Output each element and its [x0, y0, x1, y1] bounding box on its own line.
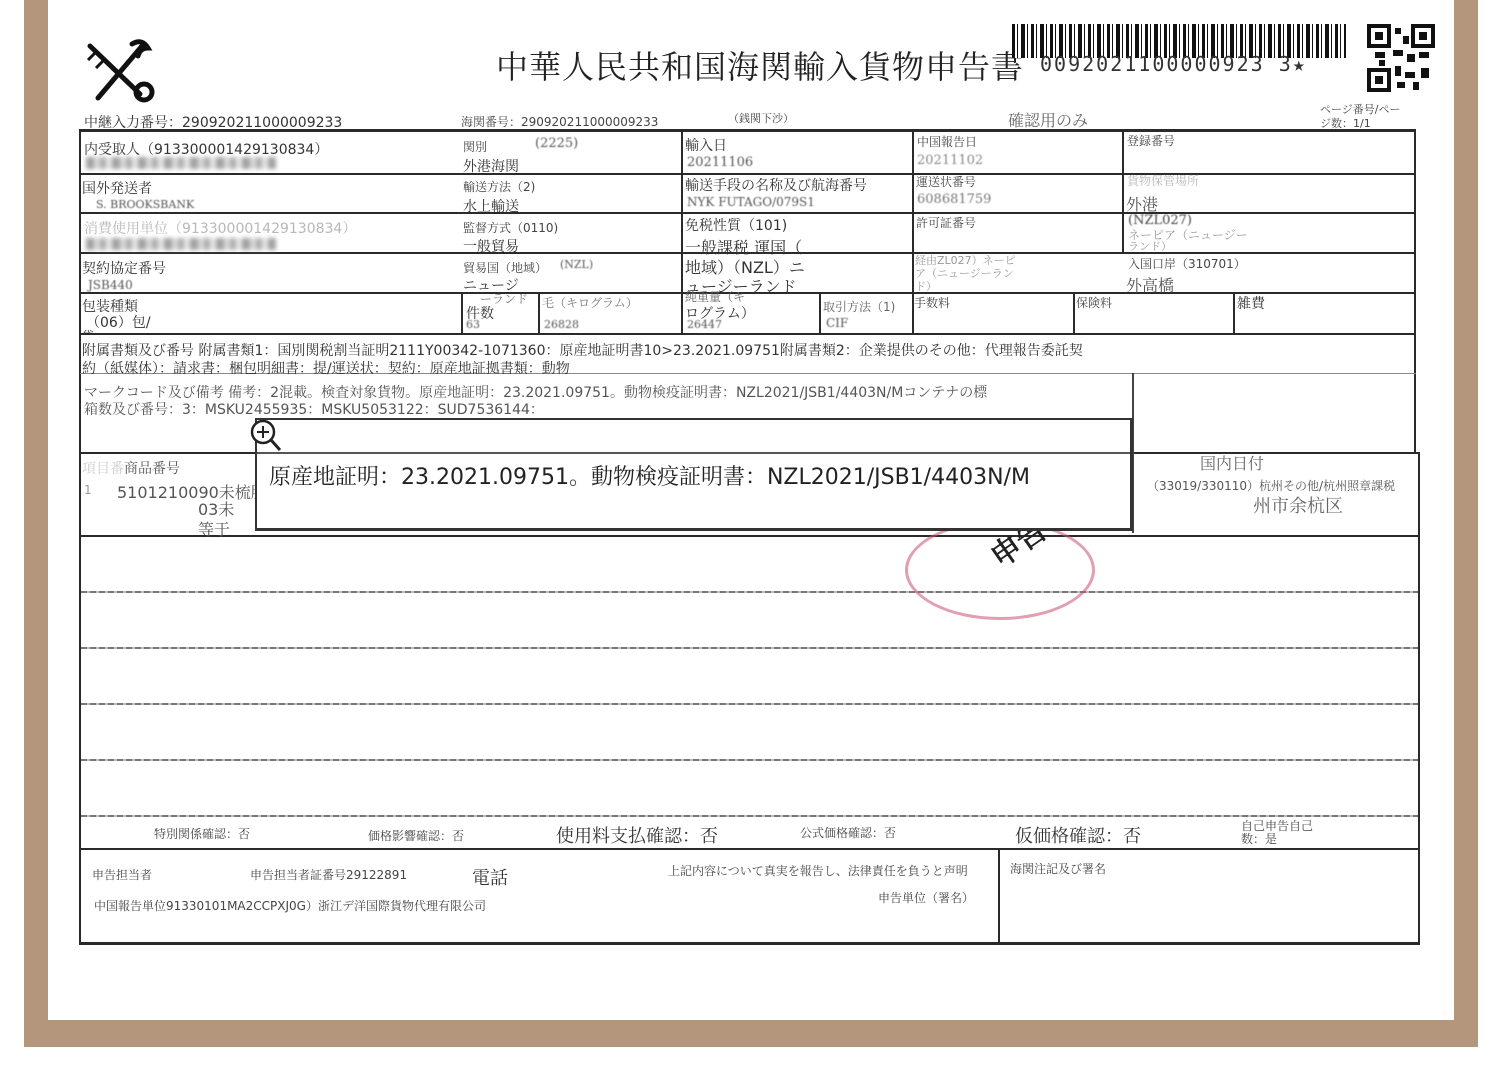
consumer-unit-label: 消費使用単位（913300001429130834） [84, 218, 356, 238]
departure-port-name-2: ランド） [1128, 238, 1172, 254]
storage-location-value: 外港 [1126, 192, 1158, 215]
consignee-value-redacted [86, 157, 276, 169]
confirm-only-label: 確認用のみ [1008, 108, 1088, 131]
hs-code-value: 5101210090未梳脱 [117, 480, 267, 503]
barcode-number: 0092021100000923 3★ [1040, 52, 1307, 76]
registration-number-label: 登録番号 [1127, 132, 1175, 149]
qr-code-icon [1367, 24, 1435, 92]
phone-label: 電話 [472, 864, 508, 890]
formula-price-confirm: 公式価格確認：否 [800, 824, 896, 841]
foreign-shipper-value: S. BROOKSBANK [96, 198, 194, 211]
customs-office-label: 関別 [463, 138, 487, 155]
supervision-mode-value: 一般貿易 [463, 236, 519, 256]
entry-port-value: 外高橋 [1126, 273, 1174, 296]
customs-office-note: （銭関下沙） [728, 110, 794, 126]
commission-label: 手数料 [914, 294, 950, 311]
customs-emblem-icon [84, 36, 162, 104]
report-date-value: 20211102 [917, 153, 983, 168]
royalty-payment-confirm: 使用料支払確認：否 [556, 822, 718, 848]
trade-country-code: (NZL) [560, 258, 593, 271]
declarant-unit-signature: 申告単位（署名） [878, 889, 974, 906]
customs-note-label: 海関注記及び署名 [1010, 860, 1106, 877]
package-type-value-2: 袋 [82, 327, 94, 333]
net-weight-value: 26447 [687, 318, 722, 331]
consignee-label: 内受取人（913300001429130834） [84, 139, 328, 159]
domestic-destination-value: 州市余杭区 [1253, 492, 1343, 518]
magnifier-divider [257, 452, 1130, 454]
miscellaneous-fee-label: 雑費 [1237, 293, 1265, 313]
gross-weight-value: 26828 [544, 318, 579, 331]
import-date-value: 20211106 [687, 155, 753, 170]
import-date-label: 輸入日 [685, 135, 727, 155]
via-port-label-3: ド） [915, 278, 937, 294]
magnifier-popup[interactable]: 原産地証明：23.2021.09751。動物検疫証明書：NZL2021/JSB1… [255, 418, 1133, 531]
pieces-value: 63 [466, 318, 480, 331]
attachments-line1: 附属書類及び番号 附属書類1：国別関税割当証明2111Y00342-107136… [82, 340, 1083, 360]
declarant-label: 申告担当者 [92, 866, 152, 883]
declarant-cert-number: 申告担当者証番号29122891 [250, 866, 407, 883]
waybill-number-label: 運送状番号 [916, 173, 976, 190]
supervision-mode-label: 監督方式（0110) [463, 219, 558, 236]
hs-code-label: 商品番号 [124, 458, 180, 478]
contract-number-value: JSB440 [88, 278, 133, 292]
insurance-label: 保険料 [1076, 294, 1112, 311]
customs-office-value: 外港海関 [463, 156, 519, 176]
item-number-label: 項目番 [82, 458, 124, 478]
self-report-line2: 数：是 [1241, 830, 1277, 847]
goods-desc-line3: 等于 [198, 517, 230, 540]
magnifier-text: 原産地証明：23.2021.09751。動物検疫証明書：NZL2021/JSB1… [269, 460, 1030, 491]
provisional-price-confirm: 仮価格確認：否 [1015, 822, 1141, 848]
tax-nature-label: 免税性質（101) [685, 215, 787, 235]
reporting-unit: 中国報告単位91330101MA2CCPXJ0G）浙江デ洋国際貨物代理有限公司 [94, 897, 486, 914]
item-number: 1 [84, 483, 92, 497]
trade-country-label: 貿易国（地域） [463, 259, 547, 276]
zoom-in-icon[interactable] [248, 418, 286, 454]
vessel-voyage-label: 輸送手段の名称及び航海番号 [685, 175, 867, 195]
gross-weight-label: 毛（キログラム） [542, 294, 638, 311]
declaration-statement: 上記内容について真実を報告し、法律責任を負うと声明 [668, 862, 968, 879]
transport-mode-value: 水上輸送 [463, 196, 519, 216]
permit-number-label: 許可証番号 [916, 214, 976, 231]
trade-terms-value: CIF [826, 316, 848, 330]
foreign-shipper-label: 国外発送者 [82, 178, 152, 198]
trade-terms-label: 取引方法（1) [823, 298, 895, 315]
attachments-line2: 約（紙媒体）：請求書：梱包明細書：提/運送状：契約：原産地証拠書類：動物 [82, 358, 570, 378]
domestic-destination-label: 国内日付 [1200, 451, 1264, 474]
entry-port-label: 入国口岸（310701） [1128, 255, 1246, 272]
transport-mode-label: 輸送方法（2) [463, 178, 535, 195]
vessel-voyage-value: NYK FUTAGO/079S1 [687, 195, 815, 209]
contract-number-label: 契約協定番号 [82, 258, 166, 278]
document-title: 中華人民共和国海関輸入貨物申告書 [496, 42, 1024, 88]
package-type-value: （06）包/ [86, 312, 151, 332]
consumer-unit-value-redacted [86, 238, 276, 250]
waybill-number-value: 608681759 [917, 192, 991, 207]
price-impact-confirm: 価格影響確認：否 [368, 827, 464, 844]
remarks-line2: 箱数及び番号：3：MSKU2455935：MSKU5053122：SUD7536… [84, 399, 544, 419]
customs-number: 海関番号：290920211000009233 [461, 113, 658, 130]
storage-location-label: 貨物保管場所 [1127, 172, 1199, 189]
customs-office-code: (2225) [535, 136, 578, 151]
report-date-label: 中国報告日 [917, 133, 977, 150]
special-relation-confirm: 特別関係確認：否 [154, 825, 250, 842]
